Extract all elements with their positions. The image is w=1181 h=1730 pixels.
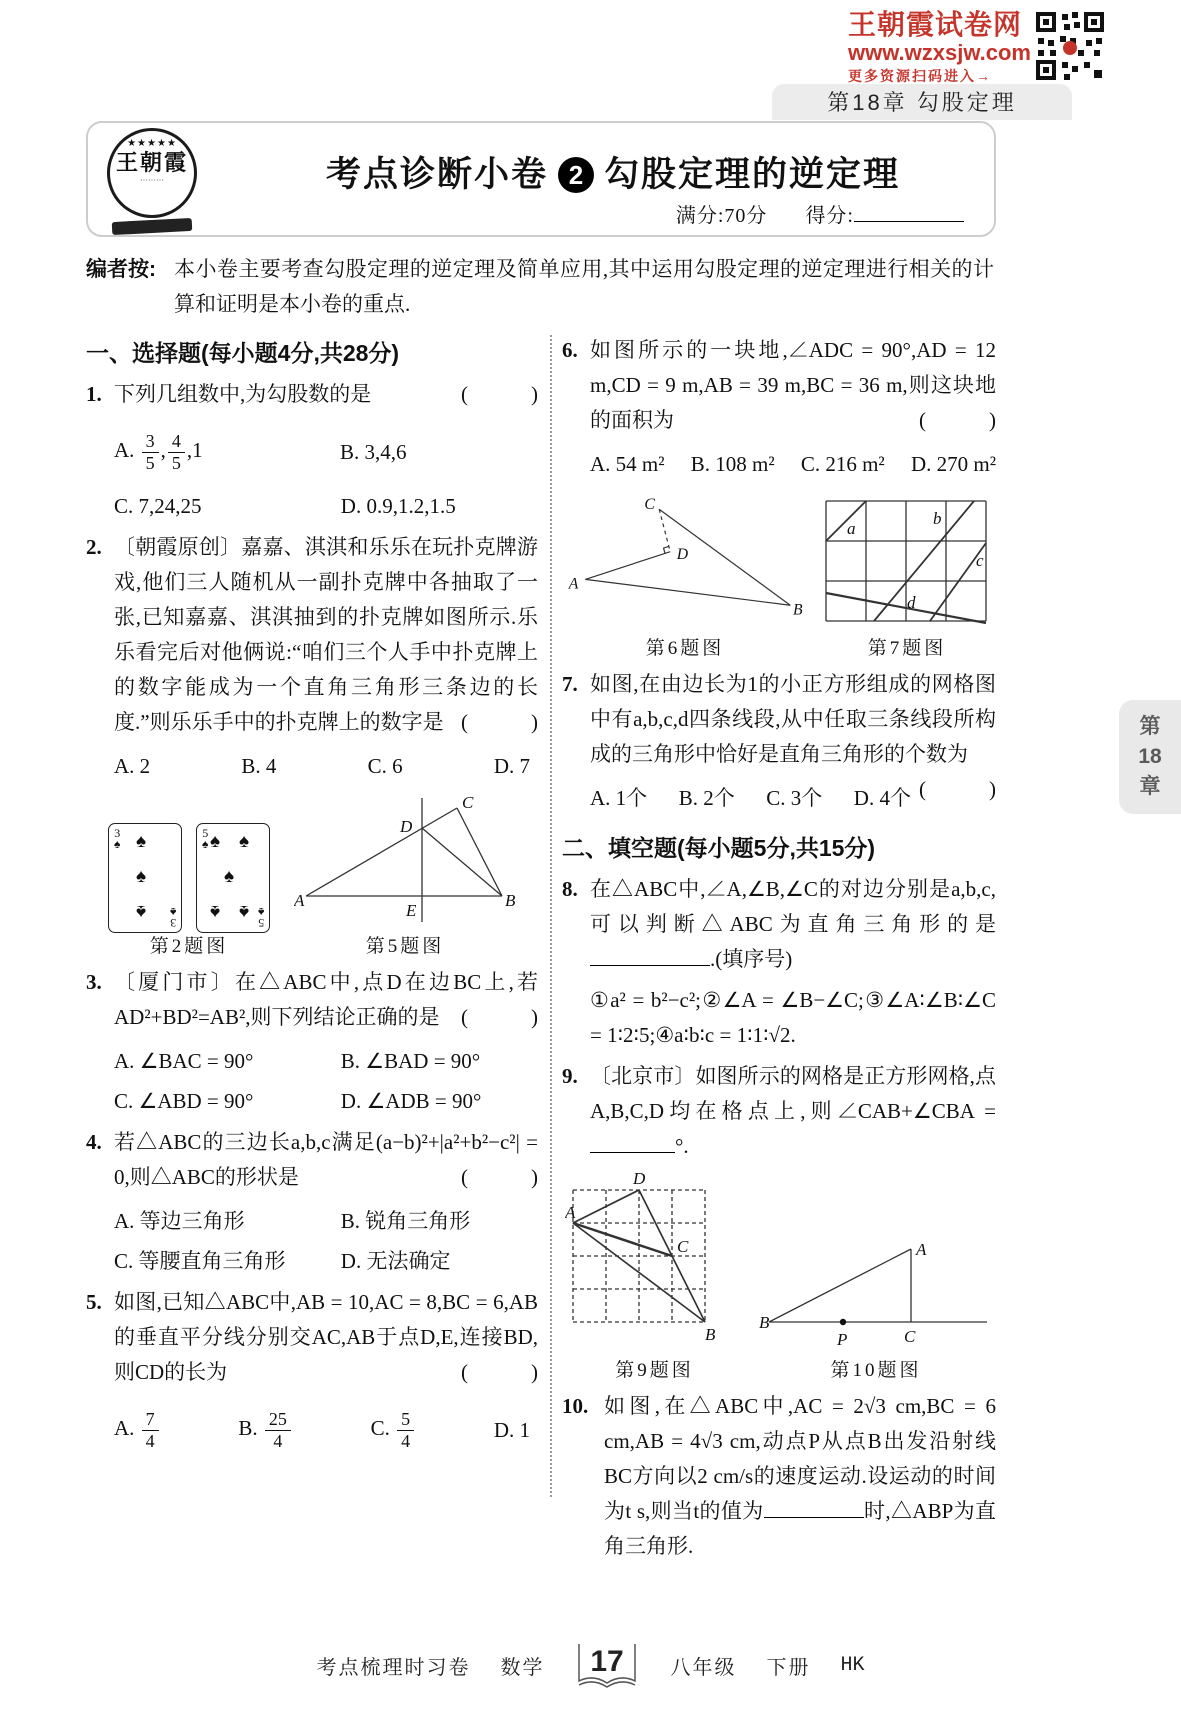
question-3: 3. 〔厦门市〕在△ABC中,点D在边BC上,若AD²+BD²=AB²,则下列结… — [86, 965, 538, 1035]
question-8-answer-blank — [590, 943, 710, 966]
brand-block: 王朝霞试卷网 www.wzxsjw.com 更多资源扫码进入→ — [848, 10, 1106, 86]
label-C: C — [644, 496, 655, 513]
page-title-prefix: 考点诊断小卷 — [326, 155, 548, 194]
q5-a-label: A. — [114, 1416, 134, 1440]
grid-segments-diagram-q7: a b c d — [821, 498, 993, 630]
q4-option-c: C. 等腰直角三角形 — [114, 1241, 341, 1281]
publisher-badge-circle: ★★★★★ 王朝霞 ········· — [107, 128, 197, 218]
question-4: 4. 若△ABC的三边长a,b,c满足(a−b)²+|a²+b²−c²| = 0… — [86, 1125, 538, 1195]
question-6-answer-paren: ( ) — [919, 403, 996, 438]
label-d: d — [907, 593, 916, 612]
question-2: 2. 〔朝霞原创〕嘉嘉、淇淇和乐乐在玩扑克牌游戏,他们三人随机从一副扑克牌中各抽… — [86, 530, 538, 740]
label-A: A — [568, 576, 579, 593]
label-A: A — [915, 1240, 927, 1259]
brand-text: 王朝霞试卷网 www.wzxsjw.com 更多资源扫码进入→ — [848, 10, 1024, 86]
label-a: a — [847, 519, 856, 538]
q3-option-d: D. ∠ADB = 90° — [341, 1081, 538, 1121]
grid-triangle-diagram-q9: D A C B — [565, 1170, 745, 1352]
editor-note-label: 编者按: — [86, 252, 156, 287]
question-4-answer-paren: ( ) — [461, 1160, 538, 1195]
figures-row-q9-q10: D A C B 第9题图 B P C A 第10题图 — [562, 1170, 996, 1385]
chapter-header-tab: 第18章 勾股定理 — [772, 84, 1072, 120]
playing-card-5-spades: 5♠ 5♠ ♠ ♠ ♠ ♠ ♠ — [196, 823, 270, 933]
question-6-options: A. 54 m² B. 108 m² C. 216 m² D. 270 m² — [562, 444, 996, 484]
label-P: P — [836, 1330, 847, 1349]
label-B: B — [705, 1325, 716, 1344]
question-9: 9. 〔北京市〕如图所示的网格是正方形网格,点A,B,C,D均在格点上,则∠CA… — [562, 1059, 996, 1164]
brand-tagline: 更多资源扫码进入→ — [848, 66, 1024, 86]
right-column: 6. 如图所示的一块地,∠ADC = 90°,AD = 12 m,CD = 9 … — [562, 333, 996, 1570]
question-1-options-ab: A. 35,45,1 B. 3,4,6 — [86, 418, 538, 486]
question-10-answer-blank — [764, 1495, 864, 1518]
question-8-number: 8. — [562, 872, 578, 907]
question-2-answer-paren: ( ) — [461, 705, 538, 740]
full-score-label: 满分:70分 — [676, 205, 768, 227]
q7-option-b: B. 2个 — [679, 778, 735, 818]
q5-option-d: D. 1 — [494, 1418, 530, 1443]
figure-question-6: C D A B 第6题图 — [565, 490, 805, 663]
spade-pip: ♠ — [136, 902, 146, 921]
q5-option-b: B. 254 — [238, 1409, 293, 1451]
q6-option-c: C. 216 m² — [801, 444, 885, 484]
label-D: D — [676, 546, 689, 563]
q3-option-a: A. ∠BAC = 90° — [114, 1041, 341, 1081]
page-number-book-icon: 17 — [574, 1640, 640, 1690]
badge-ribbon — [112, 218, 193, 235]
question-6: 6. 如图所示的一块地,∠ADC = 90°,AD = 12 m,CD = 9 … — [562, 333, 996, 438]
spade-pip: ♠ — [239, 902, 249, 921]
question-6-number: 6. — [562, 333, 578, 368]
q4-option-b: B. 锐角三角形 — [341, 1201, 538, 1241]
q5-a-fraction: 74 — [142, 1409, 159, 1451]
label-D: D — [632, 1170, 646, 1188]
question-8-tail: .(填序号) — [710, 947, 792, 971]
question-4-number: 4. — [86, 1125, 102, 1160]
footer-grade: 八年级 — [670, 1651, 736, 1680]
question-1-answer-paren: ( ) — [461, 377, 538, 412]
question-9-number: 9. — [562, 1059, 578, 1094]
label-C: C — [462, 793, 474, 812]
left-column: 一、选择题(每小题4分,共28分) 1. 下列几组数中,为勾股数的是 ( ) A… — [86, 333, 538, 1570]
card3-corner-top: 3♠ — [114, 828, 120, 850]
label-B: B — [793, 601, 803, 618]
publisher-badge: ★★★★★ 王朝霞 ········· — [102, 128, 202, 232]
figure-question-5: A B C D E 第5题图 — [294, 792, 516, 961]
badge-brand-name: 王朝霞 — [110, 150, 194, 176]
editor-note-text: 本小卷主要考查勾股定理的逆定理及简单应用,其中运用勾股定理的逆定理进行相关的计算… — [174, 257, 994, 316]
label-c: c — [976, 551, 984, 570]
figure-caption-q6: 第6题图 — [565, 635, 805, 663]
spade-pip: ♠ — [136, 867, 146, 886]
question-8-items: ①a² = b²−c²;②∠A = ∠B−∠C;③∠A∶∠B∶∠C = 1∶2∶… — [562, 983, 996, 1053]
side-tab-line2: 18 — [1119, 742, 1181, 772]
figure-question-9: D A C B 第9题图 — [565, 1170, 745, 1385]
q5-c-label: C. — [371, 1416, 390, 1440]
brand-site-url: www.wzxsjw.com — [848, 40, 1024, 66]
page-footer: 考点梳理时习卷 数学 17 八年级 下册 HK — [0, 1640, 1181, 1690]
question-9-tail: °. — [675, 1134, 689, 1158]
q1-option-a-fraction-1: 35 — [142, 431, 159, 473]
paper-title-box: ★★★★★ 王朝霞 ········· 考点诊断小卷2勾股定理的逆定理 满分:7… — [86, 121, 996, 237]
score-line: 满分:70分 得分: — [676, 199, 964, 228]
q7-option-a: A. 1个 — [590, 778, 647, 818]
q2-option-b: B. 4 — [241, 746, 276, 786]
footer-page-number: 17 — [591, 1645, 624, 1678]
q5-b-fraction: 254 — [265, 1409, 291, 1451]
badge-stars-decoration: ★★★★★ — [110, 138, 194, 150]
brand-site-name: 王朝霞试卷网 — [848, 10, 1024, 40]
got-score-label: 得分: — [805, 205, 854, 227]
question-1-stem: 下列几组数中,为勾股数的是 — [114, 382, 371, 406]
question-1: 1. 下列几组数中,为勾股数的是 ( ) — [86, 377, 538, 412]
question-7-answer-paren: ( ) — [919, 772, 996, 807]
q5-option-c: C. 54 — [371, 1409, 417, 1451]
q3-option-b: B. ∠BAD = 90° — [341, 1041, 538, 1081]
triangle-diagram-q5: A B C D E — [294, 792, 516, 928]
label-A: A — [294, 891, 305, 910]
q2-option-a: A. 2 — [114, 746, 150, 786]
question-3-tag: 〔厦门市〕 — [114, 970, 235, 994]
label-B: B — [759, 1313, 770, 1332]
score-blank — [854, 200, 964, 222]
figure-question-10: B P C A 第10题图 — [759, 1227, 994, 1385]
question-8-stem: 在△ABC中,∠A,∠B,∠C的对边分别是a,b,c,可以判断△ABC为直角三角… — [590, 877, 996, 936]
q7-option-d: D. 4个 — [854, 778, 911, 818]
question-1-options-cd: C. 7,24,25 D. 0.9,1.2,1.5 — [86, 486, 538, 526]
question-10: 10. 如图,在△ABC中,AC = 2√3 cm,BC = 6 cm,AB =… — [562, 1389, 996, 1564]
figure-caption-q9: 第9题图 — [565, 1357, 745, 1385]
q6-option-a: A. 54 m² — [590, 444, 665, 484]
question-5-number: 5. — [86, 1285, 102, 1320]
badge-dots-decoration: ········· — [110, 176, 194, 185]
card5-corner-bottom: 5♠ — [258, 906, 264, 928]
land-plot-diagram-q6: C D A B — [565, 490, 805, 630]
question-3-answer-paren: ( ) — [461, 1000, 538, 1035]
content-columns: 一、选择题(每小题4分,共28分) 1. 下列几组数中,为勾股数的是 ( ) A… — [86, 333, 996, 1570]
qr-code — [1034, 10, 1106, 82]
column-divider — [550, 335, 552, 1497]
playing-card-3-spades: 3♠ 3♠ ♠ ♠ ♠ — [108, 823, 182, 933]
figure-caption-q7: 第7题图 — [821, 635, 993, 663]
label-D: D — [399, 817, 413, 836]
figures-row-q2-q5: 3♠ 3♠ ♠ ♠ ♠ 5♠ 5♠ ♠ ♠ ♠ ♠ ♠ — [86, 792, 538, 961]
figure-caption-q10: 第10题图 — [759, 1357, 994, 1385]
question-7: 7. 如图,在由边长为1的小正方形组成的网格图中有a,b,c,d四条线段,从中任… — [562, 667, 996, 772]
q1-option-a-fraction-2: 45 — [168, 431, 185, 473]
card3-corner-bottom: 3♠ — [170, 906, 176, 928]
question-8-items-text: ①a² = b²−c²;②∠A = ∠B−∠C;③∠A∶∠B∶∠C = 1∶2∶… — [590, 988, 996, 1047]
figure-caption-q5: 第5题图 — [294, 933, 516, 961]
q6-option-d: D. 270 m² — [911, 444, 996, 484]
q7-option-c: C. 3个 — [766, 778, 822, 818]
page-title-main: 勾股定理的逆定理 — [604, 155, 900, 194]
label-b: b — [933, 509, 942, 528]
question-7-stem: 如图,在由边长为1的小正方形组成的网格图中有a,b,c,d四条线段,从中任取三条… — [590, 672, 996, 766]
spade-pip: ♠ — [136, 832, 146, 851]
footer-volume: 下册 — [766, 1651, 810, 1680]
question-4-options: A. 等边三角形 B. 锐角三角形 C. 等腰直角三角形 D. 无法确定 — [86, 1201, 538, 1281]
label-C: C — [904, 1327, 916, 1346]
q3-option-c: C. ∠ABD = 90° — [114, 1081, 341, 1121]
question-9-tag: 〔北京市〕 — [590, 1064, 695, 1088]
footer-edition: HK — [840, 1654, 864, 1677]
q4-option-a: A. 等边三角形 — [114, 1201, 341, 1241]
q1-option-b: B. 3,4,6 — [340, 440, 530, 465]
q2-option-d: D. 7 — [494, 746, 530, 786]
figure-question-2: 3♠ 3♠ ♠ ♠ ♠ 5♠ 5♠ ♠ ♠ ♠ ♠ ♠ — [108, 823, 270, 961]
question-5-answer-paren: ( ) — [461, 1355, 538, 1390]
footer-subject: 数学 — [500, 1651, 544, 1680]
question-8: 8. 在△ABC中,∠A,∠B,∠C的对边分别是a,b,c,可以判断△ABC为直… — [562, 872, 996, 977]
q4-option-d: D. 无法确定 — [341, 1241, 538, 1281]
spade-pip: ♠ — [210, 902, 220, 921]
figure-caption-q2: 第2题图 — [108, 933, 270, 961]
q5-c-fraction: 54 — [397, 1409, 414, 1451]
side-tab-line1: 第 — [1119, 712, 1181, 742]
q1-comma: , — [161, 438, 166, 462]
card5-corner-top: 5♠ — [202, 828, 208, 850]
section-2-title: 二、填空题(每小题5分,共15分) — [562, 828, 996, 868]
q1-option-a-label: A. — [114, 438, 134, 462]
question-9-answer-blank — [590, 1130, 675, 1153]
figure-question-7: a b c d 第7题图 — [821, 498, 993, 663]
spade-pip: ♠ — [239, 832, 249, 851]
q5-b-label: B. — [238, 1416, 257, 1440]
figures-row-q6-q7: C D A B 第6题图 — [562, 490, 996, 663]
footer-series: 考点梳理时习卷 — [316, 1651, 470, 1680]
question-10-number: 10. — [562, 1389, 588, 1424]
question-1-number: 1. — [86, 377, 102, 412]
section-1-title: 一、选择题(每小题4分,共28分) — [86, 333, 538, 373]
question-3-options: A. ∠BAC = 90° B. ∠BAD = 90° C. ∠ABD = 90… — [86, 1041, 538, 1121]
editor-note: 编者按: 本小卷主要考查勾股定理的逆定理及简单应用,其中运用勾股定理的逆定理进行… — [86, 252, 994, 322]
label-C: C — [677, 1237, 689, 1256]
q5-option-a: A. 74 — [114, 1409, 161, 1451]
question-2-stem: 嘉嘉、淇淇和乐乐在玩扑克牌游戏,他们三人随机从一副扑克牌中各抽取了一张,已知嘉嘉… — [114, 535, 538, 734]
question-2-options: A. 2 B. 4 C. 6 D. 7 — [86, 746, 538, 786]
label-A: A — [565, 1203, 576, 1222]
question-7-number: 7. — [562, 667, 578, 702]
question-7-options: A. 1个 B. 2个 C. 3个 D. 4个 — [562, 778, 919, 818]
q1-option-a-tail: ,1 — [187, 438, 203, 462]
page-title: 考点诊断小卷2勾股定理的逆定理 — [248, 147, 978, 197]
side-tab-line3: 章 — [1119, 772, 1181, 802]
moving-point-diagram-q10: B P C A — [759, 1227, 994, 1352]
q1-option-c: C. 7,24,25 — [114, 486, 341, 526]
label-E: E — [405, 901, 417, 920]
question-2-tag: 〔朝霞原创〕 — [114, 535, 241, 559]
question-5: 5. 如图,已知△ABC中,AB = 10,AC = 8,BC = 6,AB的垂… — [86, 1285, 538, 1390]
playing-cards: 3♠ 3♠ ♠ ♠ ♠ 5♠ 5♠ ♠ ♠ ♠ ♠ ♠ — [108, 823, 270, 933]
question-5-options: A. 74 B. 254 C. 54 D. 1 — [86, 1396, 538, 1464]
spade-pip: ♠ — [224, 867, 234, 886]
spade-pip: ♠ — [210, 832, 220, 851]
q6-option-b: B. 108 m² — [691, 444, 775, 484]
side-chapter-tab: 第 18 章 — [1119, 700, 1181, 814]
question-2-number: 2. — [86, 530, 102, 565]
title-number-circle: 2 — [558, 157, 594, 193]
q1-option-d: D. 0.9,1.2,1.5 — [341, 486, 538, 526]
label-B: B — [505, 891, 516, 910]
q1-option-a: A. 35,45,1 — [114, 431, 203, 473]
q2-option-c: C. 6 — [368, 746, 403, 786]
question-3-number: 3. — [86, 965, 102, 1000]
